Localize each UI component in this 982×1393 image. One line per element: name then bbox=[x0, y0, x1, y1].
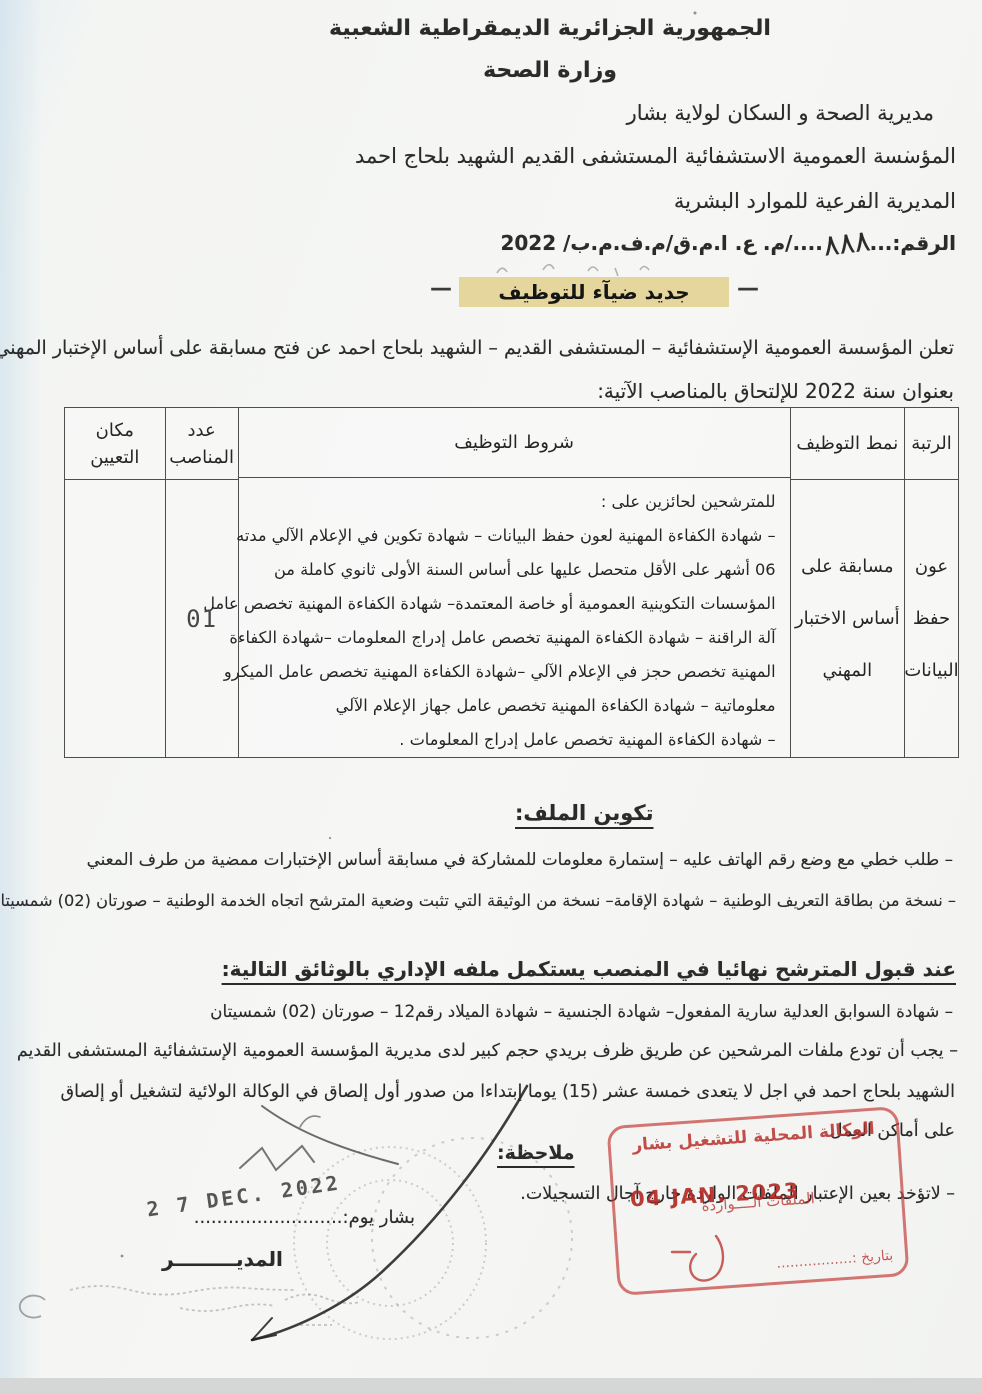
column-location: مكان التعيين bbox=[65, 408, 165, 757]
note-heading: ملاحظة: bbox=[497, 1142, 575, 1164]
faint-handwriting bbox=[20, 1286, 360, 1325]
cell-mode: مسابقة على أساس الاختبار المهني bbox=[791, 480, 904, 757]
intro-line-1: تعلن المؤسسة العمومية الإستشفائية – المس… bbox=[0, 337, 954, 359]
header-count-line2: المناصب bbox=[169, 444, 234, 471]
deposit-line-1: – يجب أن تودع ملفات المرشحين عن طريق ظرف… bbox=[17, 1041, 958, 1061]
cell-rank: عون حفظ البيانات bbox=[905, 480, 958, 757]
handwritten-reference-number: ٨٨٨ bbox=[821, 223, 872, 262]
reference-code: /م. ع. ا.م.ق/م.ف.م.ب/ bbox=[563, 231, 792, 255]
reference-year: 2022 bbox=[500, 231, 556, 255]
republic-title: الجمهورية الجزائرية الديمقراطية الشعبية bbox=[280, 16, 820, 41]
column-conditions: شروط التوظيف للمترشحين لحائزين على : – ش… bbox=[238, 408, 790, 757]
covered-text-remnants bbox=[497, 265, 649, 276]
condition-line: 06 أشهر على الأقل متحصل عليها على أساس ا… bbox=[245, 553, 776, 587]
scan-bottom-edge bbox=[0, 1378, 982, 1393]
acceptance-heading: عند قبول المترشح نهائيا في المنصب يستكمل… bbox=[222, 957, 956, 981]
stamp-agency-name: الوكالة المحلية للتشغيل بشار bbox=[622, 1118, 885, 1156]
reference-dots-1: ... bbox=[870, 231, 893, 255]
column-rank: الرتبة عون حفظ البيانات bbox=[904, 408, 958, 757]
mode-line: أساس الاختبار bbox=[795, 593, 900, 645]
banner-dash-left: — bbox=[430, 276, 452, 301]
header-mode: نمط التوظيف bbox=[791, 408, 904, 480]
cell-location bbox=[65, 480, 165, 757]
header-conditions: شروط التوظيف bbox=[239, 408, 790, 478]
intro-line-2: بعنوان سنة 2022 للإلتحاق بالمناصب الآتية… bbox=[597, 379, 954, 403]
reference-label: الرقم: bbox=[892, 231, 956, 255]
banner-dash-right: — bbox=[737, 276, 759, 301]
place-and-day-line: بشار يوم:.......................... bbox=[110, 1207, 415, 1228]
reference-line: الرقم:...٨٨٨..../م. ع. ا.م.ق/م.ف.م.ب/ 20… bbox=[500, 223, 956, 257]
ministry-title: وزارة الصحة bbox=[280, 58, 820, 83]
deposit-line-2: الشهيد بلحاج احمد في اجل لا يتعدى خمسة ع… bbox=[61, 1082, 955, 1102]
file-item-1: – طلب خطي مع وضع رقم الهاتف عليه – إستما… bbox=[87, 849, 953, 869]
sub-directorate-line: المديرية الفرعية للموارد البشرية bbox=[674, 189, 956, 213]
director-title: المديـــــــــر bbox=[140, 1247, 305, 1271]
condition-line: – شهادة الكفاءة المهنية تخصص عامل إدراج … bbox=[245, 723, 776, 757]
recruitment-watermark-banner: جديد ضيآء للتوظيف bbox=[459, 277, 729, 307]
rank-line: حفظ bbox=[913, 593, 950, 645]
file-item-2: – نسخة من بطاقة التعريف الوطنية – شهادة … bbox=[0, 891, 956, 910]
acceptance-item-1: – شهادة السوابق العدلية سارية المفعول– ش… bbox=[210, 1001, 953, 1021]
faded-round-stamp bbox=[294, 1138, 572, 1339]
scan-left-edge bbox=[0, 0, 42, 1393]
condition-line: المهنية تخصص حجز في الإعلام الآلي –شهادة… bbox=[245, 655, 776, 689]
condition-line: آلة الراقنة – شهادة الكفاءة المهنية تخصص… bbox=[245, 621, 776, 655]
condition-line: المؤسسات التكوينية العمومية أو خاصة المع… bbox=[245, 587, 776, 621]
header-location-line1: مكان bbox=[96, 417, 134, 444]
mode-line: مسابقة على bbox=[801, 541, 893, 593]
establishment-line: المؤسسة العمومية الاستشفائية المستشفى ال… bbox=[355, 144, 956, 168]
condition-line: معلوماتية – شهادة الكفاءة المهنية تخصص ع… bbox=[245, 689, 776, 723]
directorate-line: مديرية الصحة و السكان لولاية بشار bbox=[627, 101, 934, 125]
header-rank: الرتبة bbox=[905, 408, 958, 480]
reference-dots-2: .... bbox=[792, 231, 822, 255]
column-count: عدد المناصب 01 bbox=[165, 408, 238, 757]
scanned-recruitment-announcement: الجمهورية الجزائرية الديمقراطية الشعبية … bbox=[0, 0, 982, 1393]
cell-count: 01 bbox=[166, 480, 238, 757]
file-section-heading: تكوين الملف: bbox=[515, 801, 654, 825]
header-location: مكان التعيين bbox=[65, 408, 165, 480]
column-mode: نمط التوظيف مسابقة على أساس الاختبار الم… bbox=[790, 408, 904, 757]
positions-table: الرتبة عون حفظ البيانات نمط التوظيف مساب… bbox=[64, 407, 959, 758]
cell-conditions: للمترشحين لحائزين على : – شهادة الكفاءة … bbox=[239, 478, 790, 757]
rank-line: عون bbox=[915, 541, 948, 593]
condition-line: للمترشحين لحائزين على : bbox=[245, 485, 776, 519]
rank-line: البيانات bbox=[904, 645, 958, 697]
header-count-line1: عدد bbox=[188, 417, 216, 444]
mode-line: المهني bbox=[822, 645, 872, 697]
condition-line: – شهادة الكفاءة المهنية لعون حفظ البيانا… bbox=[245, 519, 776, 553]
stamp-date-label: بتاريخ :................. bbox=[631, 1248, 893, 1282]
header-location-line2: التعيين bbox=[90, 444, 139, 471]
header-count: عدد المناصب bbox=[166, 408, 238, 480]
